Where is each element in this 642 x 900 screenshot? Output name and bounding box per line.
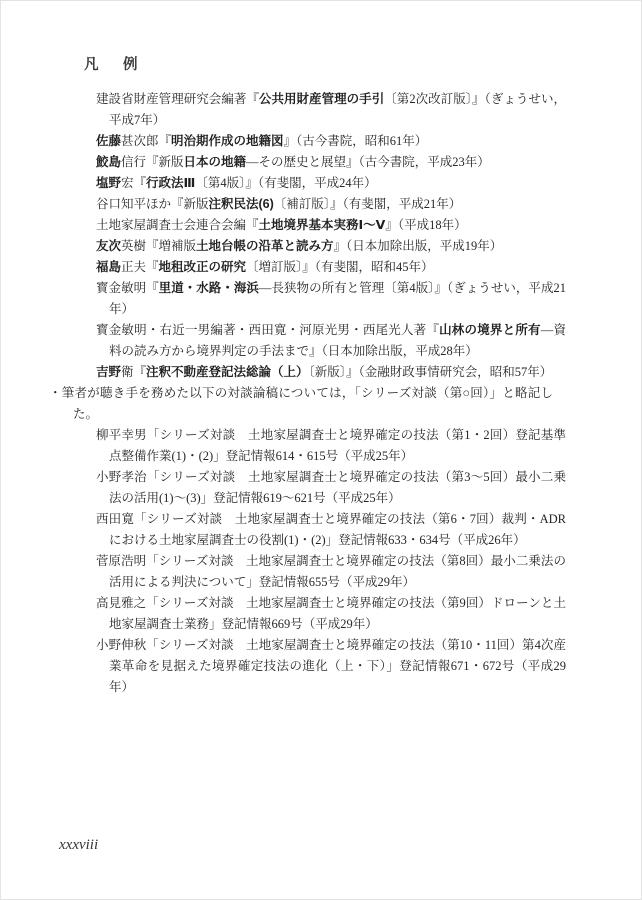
entry-text: 宏『 <box>121 176 146 190</box>
entry-text: 衛『 <box>121 365 146 379</box>
cited-title-abbreviation: 公共用財産管理の手引 <box>259 92 384 106</box>
entry-text: 甚次郎『 <box>121 134 171 148</box>
entry-text: 』（平成18年） <box>385 218 466 232</box>
entry-text: ―その歴史と展望』（古今書院，平成23年） <box>246 155 490 169</box>
entry-text: 信行『新版 <box>121 155 184 169</box>
page-heading: 凡 例 <box>84 53 143 74</box>
cited-title-abbreviation: 里道・水路・海浜 <box>159 281 259 295</box>
cited-title-abbreviation: 福島 <box>96 260 121 274</box>
entry-text: 寳金敏明・右近一男編著・西田寛・河原光男・西尾光人著『 <box>96 323 439 337</box>
bibliography-entry: 塩野宏『行政法Ⅲ〔第4版〕』（有斐閣，平成24年） <box>96 173 566 194</box>
interview-entry: 柳平幸男「シリーズ対談 土地家屋調査士と境界確定の技法（第1・2回）登記基準点整… <box>96 425 566 467</box>
bibliography-entry: 友次英樹『増補版土地台帳の沿革と読み方』（日本加除出版，平成19年） <box>96 236 566 257</box>
entry-text: 建設省財産管理研究会編著『 <box>96 92 259 106</box>
entry-text: 〔新版〕』（金融財政事情研究会，昭和57年） <box>309 365 553 379</box>
page-number: xxxviii <box>59 837 98 854</box>
entry-text: 土地家屋調査士会連合会編『 <box>96 218 259 232</box>
cited-title-abbreviation: 注釈民法(6) <box>209 197 274 211</box>
bibliography-entry: 吉野衛『注釈不動産登記法総論（上）〔新版〕』（金融財政事情研究会，昭和57年） <box>96 362 566 383</box>
bibliography-entry: 谷口知平ほか『新版注釈民法(6)〔補訂版〕』（有斐閣，平成21年） <box>96 194 566 215</box>
cited-title-abbreviation: 佐藤 <box>96 134 121 148</box>
entry-text: 〔増訂版〕』（有斐閣，昭和45年） <box>246 260 434 274</box>
cited-title-abbreviation: 吉野 <box>96 365 121 379</box>
cited-title-abbreviation: 塩野 <box>96 176 121 190</box>
interview-list: 柳平幸男「シリーズ対談 土地家屋調査士と境界確定の技法（第1・2回）登記基準点整… <box>96 425 566 698</box>
entry-text: 英樹『増補版 <box>121 239 196 253</box>
entry-text: 寳金敏明『 <box>96 281 159 295</box>
bibliography-entry: 寳金敏明・右近一男編著・西田寛・河原光男・西尾光人著『山林の境界と所有―資料の読… <box>96 320 566 362</box>
bibliography-entry: 鮫島信行『新版日本の地籍―その歴史と展望』（古今書院，平成23年） <box>96 152 566 173</box>
interview-entry: 小野孝治「シリーズ対談 土地家屋調査士と境界確定の技法（第3〜5回）最小二乗法の… <box>96 467 566 509</box>
interview-entry: 西田寛「シリーズ対談 土地家屋調査士と境界確定の技法（第6・7回）裁判・ADRに… <box>96 509 566 551</box>
entry-text: 』（日本加除出版，平成19年） <box>334 239 503 253</box>
entry-text: 谷口知平ほか『新版 <box>96 197 209 211</box>
cited-title-abbreviation: 土地境界基本実務Ⅰ〜Ⅴ <box>259 218 386 232</box>
interview-entry: 高見雅之「シリーズ対談 土地家屋調査士と境界確定の技法（第9回）ドローンと土地家… <box>96 593 566 635</box>
cited-title-abbreviation: 注釈不動産登記法総論（上） <box>146 365 309 379</box>
entry-text: 正夫『 <box>121 260 159 274</box>
bibliography-entry: 福島正夫『地租改正の研究〔増訂版〕』（有斐閣，昭和45年） <box>96 257 566 278</box>
cited-title-abbreviation: 山林の境界と所有 <box>439 323 541 337</box>
bibliography-entry: 建設省財産管理研究会編著『公共用財産管理の手引〔第2次改訂版〕』（ぎょうせい，平… <box>96 89 566 131</box>
interview-entry: 小野伸秋「シリーズ対談 土地家屋調査士と境界確定の技法（第10・11回）第4次産… <box>96 635 566 698</box>
bibliography-entry: 土地家屋調査士会連合会編『土地境界基本実務Ⅰ〜Ⅴ』（平成18年） <box>96 215 566 236</box>
bibliography-list: 建設省財産管理研究会編著『公共用財産管理の手引〔第2次改訂版〕』（ぎょうせい，平… <box>96 89 566 383</box>
cited-title-abbreviation: 鮫島 <box>96 155 121 169</box>
entry-text: 〔第4版〕』（有斐閣，平成24年） <box>195 176 376 190</box>
entry-text: 〔補訂版〕』（有斐閣，平成21年） <box>274 197 462 211</box>
cited-title-abbreviation: 友次 <box>96 239 121 253</box>
cited-title-abbreviation: 日本の地籍 <box>184 155 247 169</box>
abbreviation-note: ・筆者が聴き手を務めた以下の対談論稿については，「シリーズ対談（第○回）」と略記… <box>49 383 553 425</box>
bibliography-entry: 佐藤甚次郎『明治期作成の地籍図』（古今書院，昭和61年） <box>96 131 566 152</box>
cited-title-abbreviation: 行政法Ⅲ <box>146 176 195 190</box>
cited-title-abbreviation: 地租改正の研究 <box>159 260 247 274</box>
cited-title-abbreviation: 明治期作成の地籍図 <box>171 134 284 148</box>
entry-text: 』（古今書院，昭和61年） <box>284 134 428 148</box>
text-column: 建設省財産管理研究会編著『公共用財産管理の手引〔第2次改訂版〕』（ぎょうせい，平… <box>96 89 566 698</box>
book-page: 凡 例 建設省財産管理研究会編著『公共用財産管理の手引〔第2次改訂版〕』（ぎょう… <box>0 0 642 900</box>
interview-entry: 菅原浩明「シリーズ対談 土地家屋調査士と境界確定の技法（第8回）最小二乗法の活用… <box>96 551 566 593</box>
bibliography-entry: 寳金敏明『里道・水路・海浜―長狭物の所有と管理〔第4版〕』（ぎょうせい，平成21… <box>96 278 566 320</box>
cited-title-abbreviation: 土地台帳の沿革と読み方 <box>196 239 334 253</box>
